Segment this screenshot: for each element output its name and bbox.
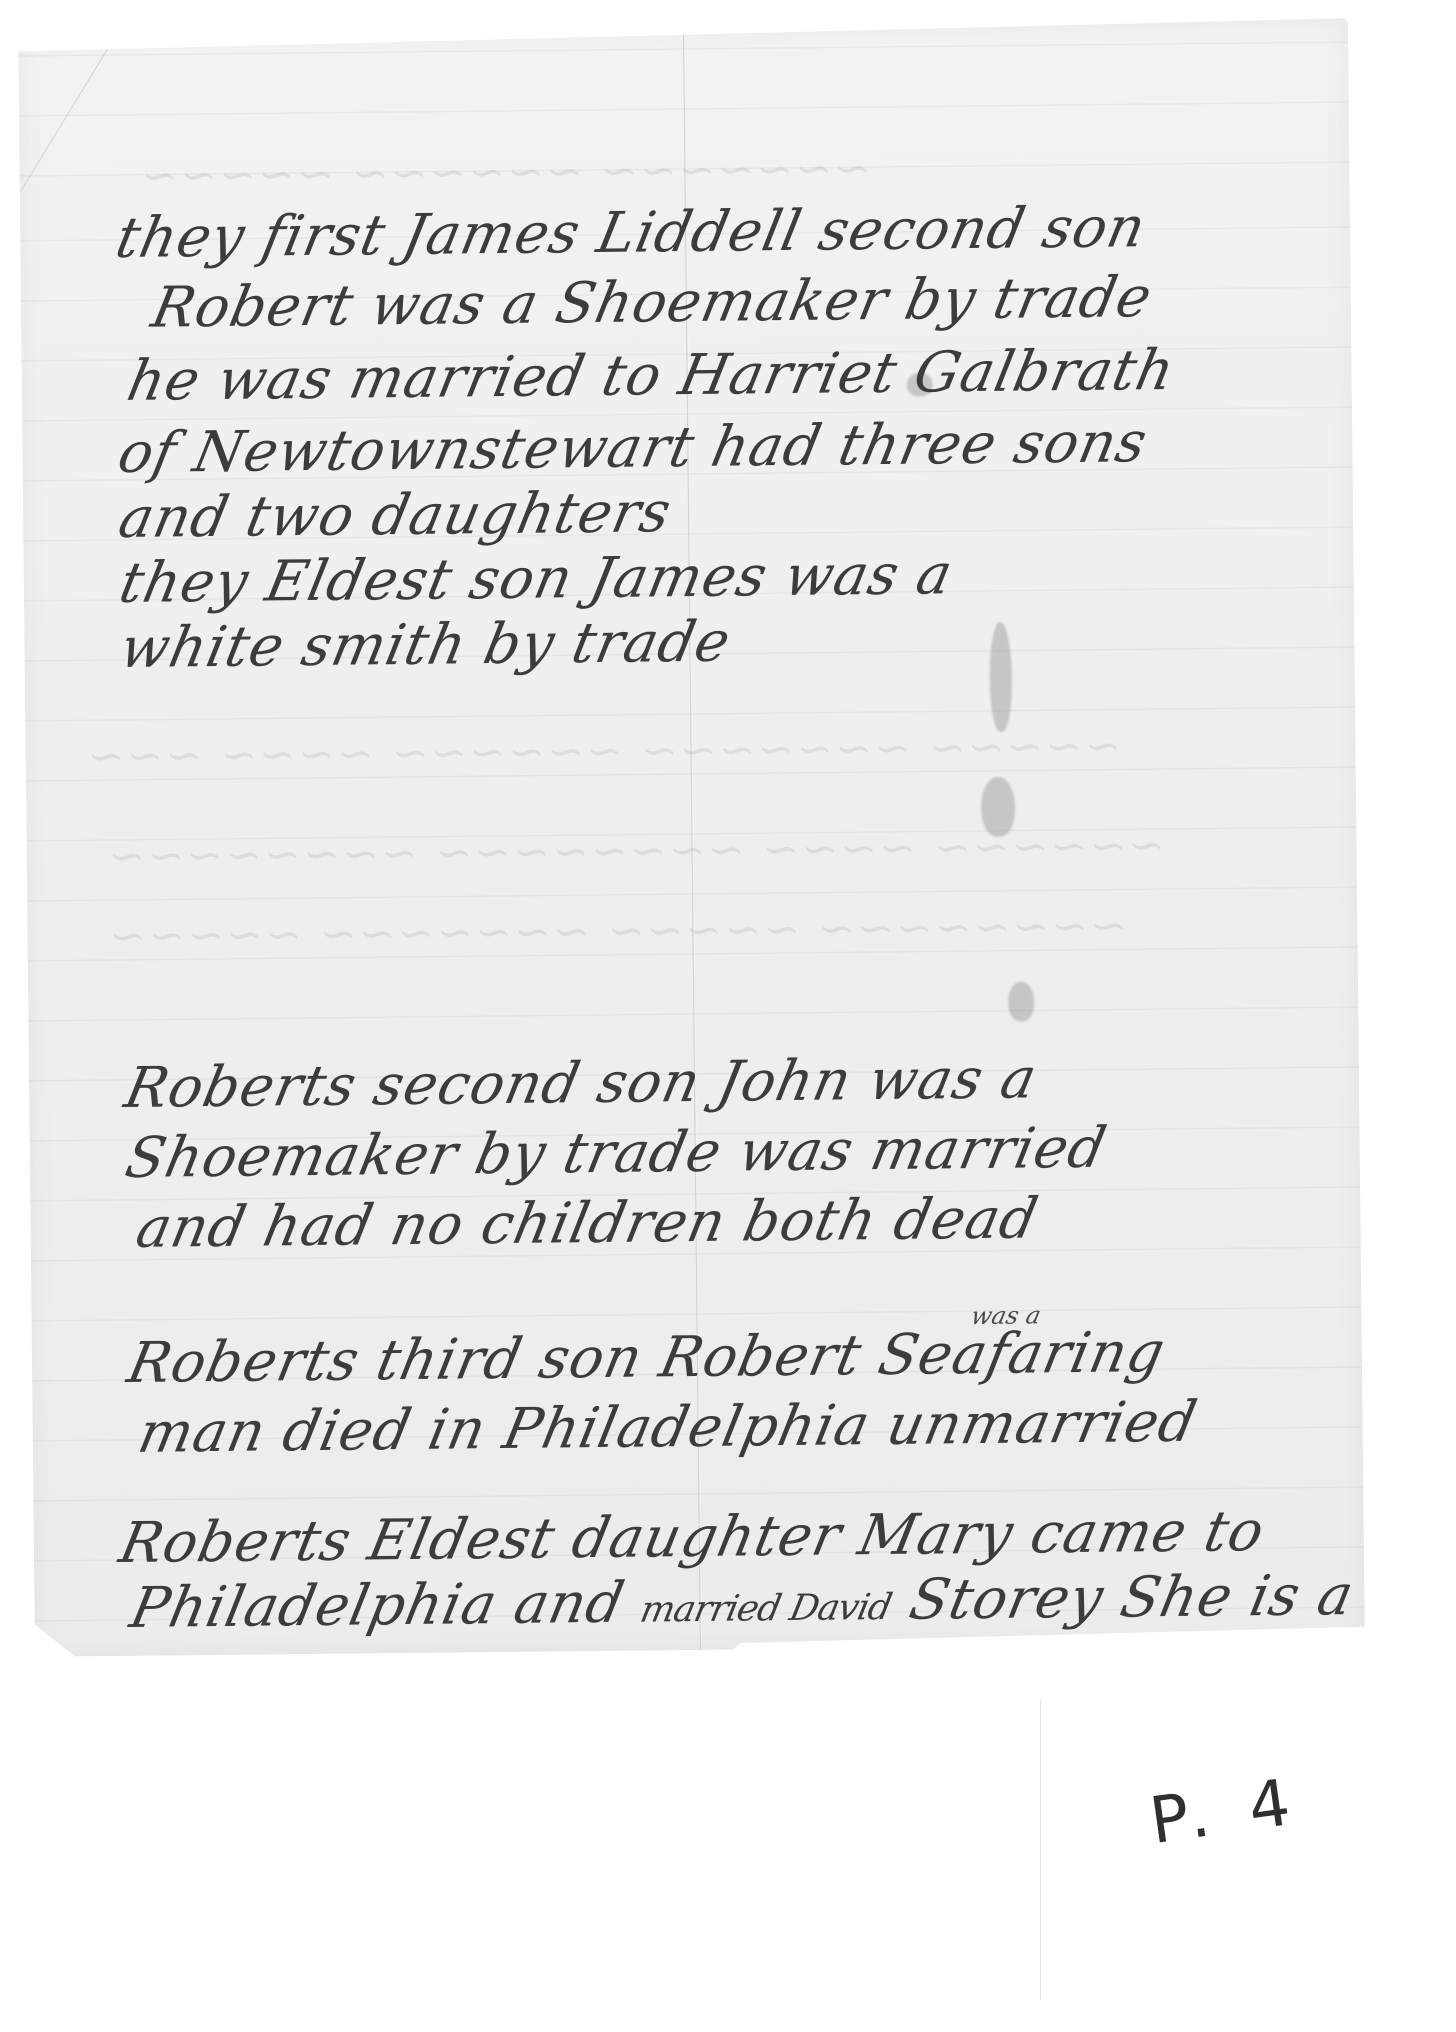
- inserted-words: was a: [969, 1301, 1044, 1330]
- text-line: white smith by trade: [115, 610, 737, 682]
- bleed-through-text: ~~~~~ ~~~~~~~ ~~~~~~ ~~~~ ~~~: [85, 720, 1121, 782]
- text-line: Shoemaker by trade was married: [120, 1116, 1112, 1191]
- text-line: they first James Liddell second son: [111, 195, 1152, 271]
- text-line: man died in Philadelphia unmarried: [133, 1390, 1203, 1466]
- letter-page: ~~~~~~~ ~~~~~~ ~~~~~ ~~~~~ ~~~~~~~ ~~~~~…: [18, 18, 1365, 1657]
- text-line: Roberts second son John was a: [119, 1046, 1042, 1121]
- text-line: Roberts third son Robert Seafaring: [122, 1320, 1171, 1396]
- line-part: Roberts third son Robert: [122, 1323, 867, 1396]
- bleed-through-text: ~~~~~~~ ~~~~~~ ~~~~~: [139, 143, 871, 202]
- text-line: he was married to Harriet Galbrath: [122, 338, 1180, 414]
- line-part: Philadelphia and: [125, 1571, 630, 1641]
- text-line: Robert was a Shoemaker by trade: [146, 265, 1157, 341]
- line-part: Storey She is a: [904, 1563, 1359, 1633]
- bleed-through-text: ~~~~~~~~ ~~~~~ ~~~~~~~ ~~~~~: [107, 900, 1127, 962]
- line-part: Seafaring: [873, 1320, 1171, 1388]
- scan-artifact-line: [1040, 1700, 1041, 2000]
- text-line: of Newtownstewart had three sons: [113, 410, 1153, 486]
- text-line: Roberts Eldest daughter Mary came to: [114, 1499, 1270, 1576]
- text-line: Philadelphia and married David Storey Sh…: [125, 1563, 1360, 1641]
- line-part-small: married David: [637, 1587, 895, 1631]
- text-line: and had no children both dead: [131, 1186, 1044, 1261]
- ink-stain: [981, 777, 1016, 837]
- ink-stain: [1008, 981, 1034, 1021]
- text-line: and two daughters: [113, 480, 677, 551]
- text-line: they Eldest son James was a: [114, 542, 958, 616]
- page-number-note: P. 4: [1146, 1765, 1305, 1859]
